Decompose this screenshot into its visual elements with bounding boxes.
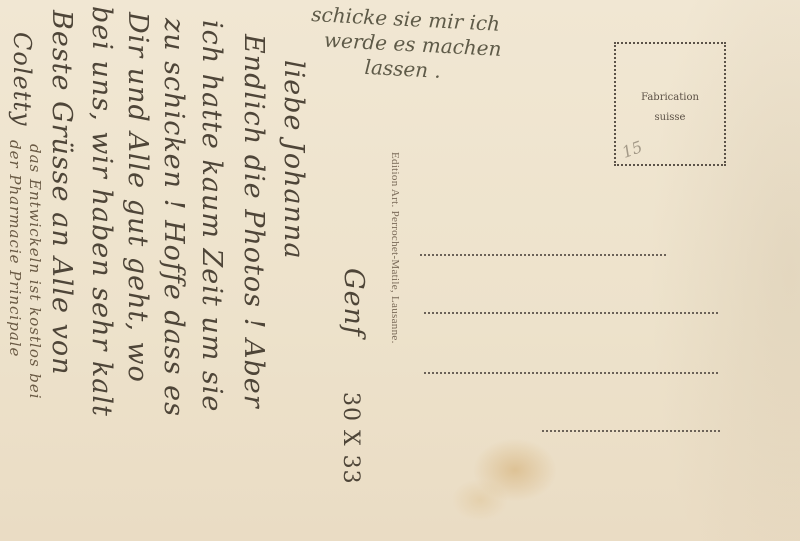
message-line: zu schicken ! Hoffe dass es [158, 18, 189, 417]
postcard-back: schicke sie mir ich werde es machen lass… [0, 0, 800, 541]
message-line: Dir und Alle gut geht, wo [122, 12, 153, 383]
address-line-2 [424, 312, 718, 314]
stamp-box: Fabrication suisse 15 [614, 42, 726, 166]
top-note: schicke sie mir ich werde es machen lass… [308, 2, 503, 87]
message-line: Beste Grüsse an Alle von [46, 10, 77, 376]
place: Genf [338, 268, 369, 337]
message-line: ich hatte kaum Zeit um sie [196, 20, 227, 412]
address-line-3 [424, 372, 718, 374]
stamp-label: Fabrication suisse [616, 88, 724, 128]
message-line: bei uns, wir haben sehr kalt [86, 6, 117, 417]
date: 30 X 33 [338, 392, 363, 485]
signature: Coletty [8, 32, 36, 127]
margin-note-line: das Entwickeln ist kostlos bei [26, 144, 44, 400]
margin-note-line: der Pharmacie Principale [6, 140, 24, 357]
address-line-4 [542, 430, 720, 432]
publisher-imprint: Edition Art. Perrochet-Matile, Lausanne. [389, 152, 401, 344]
address-line-1 [420, 254, 666, 256]
pencil-mark: 15 [619, 137, 645, 162]
salutation: liebe Johanna [278, 60, 309, 260]
message-line: Endlich die Photos ! Aber [238, 34, 269, 409]
